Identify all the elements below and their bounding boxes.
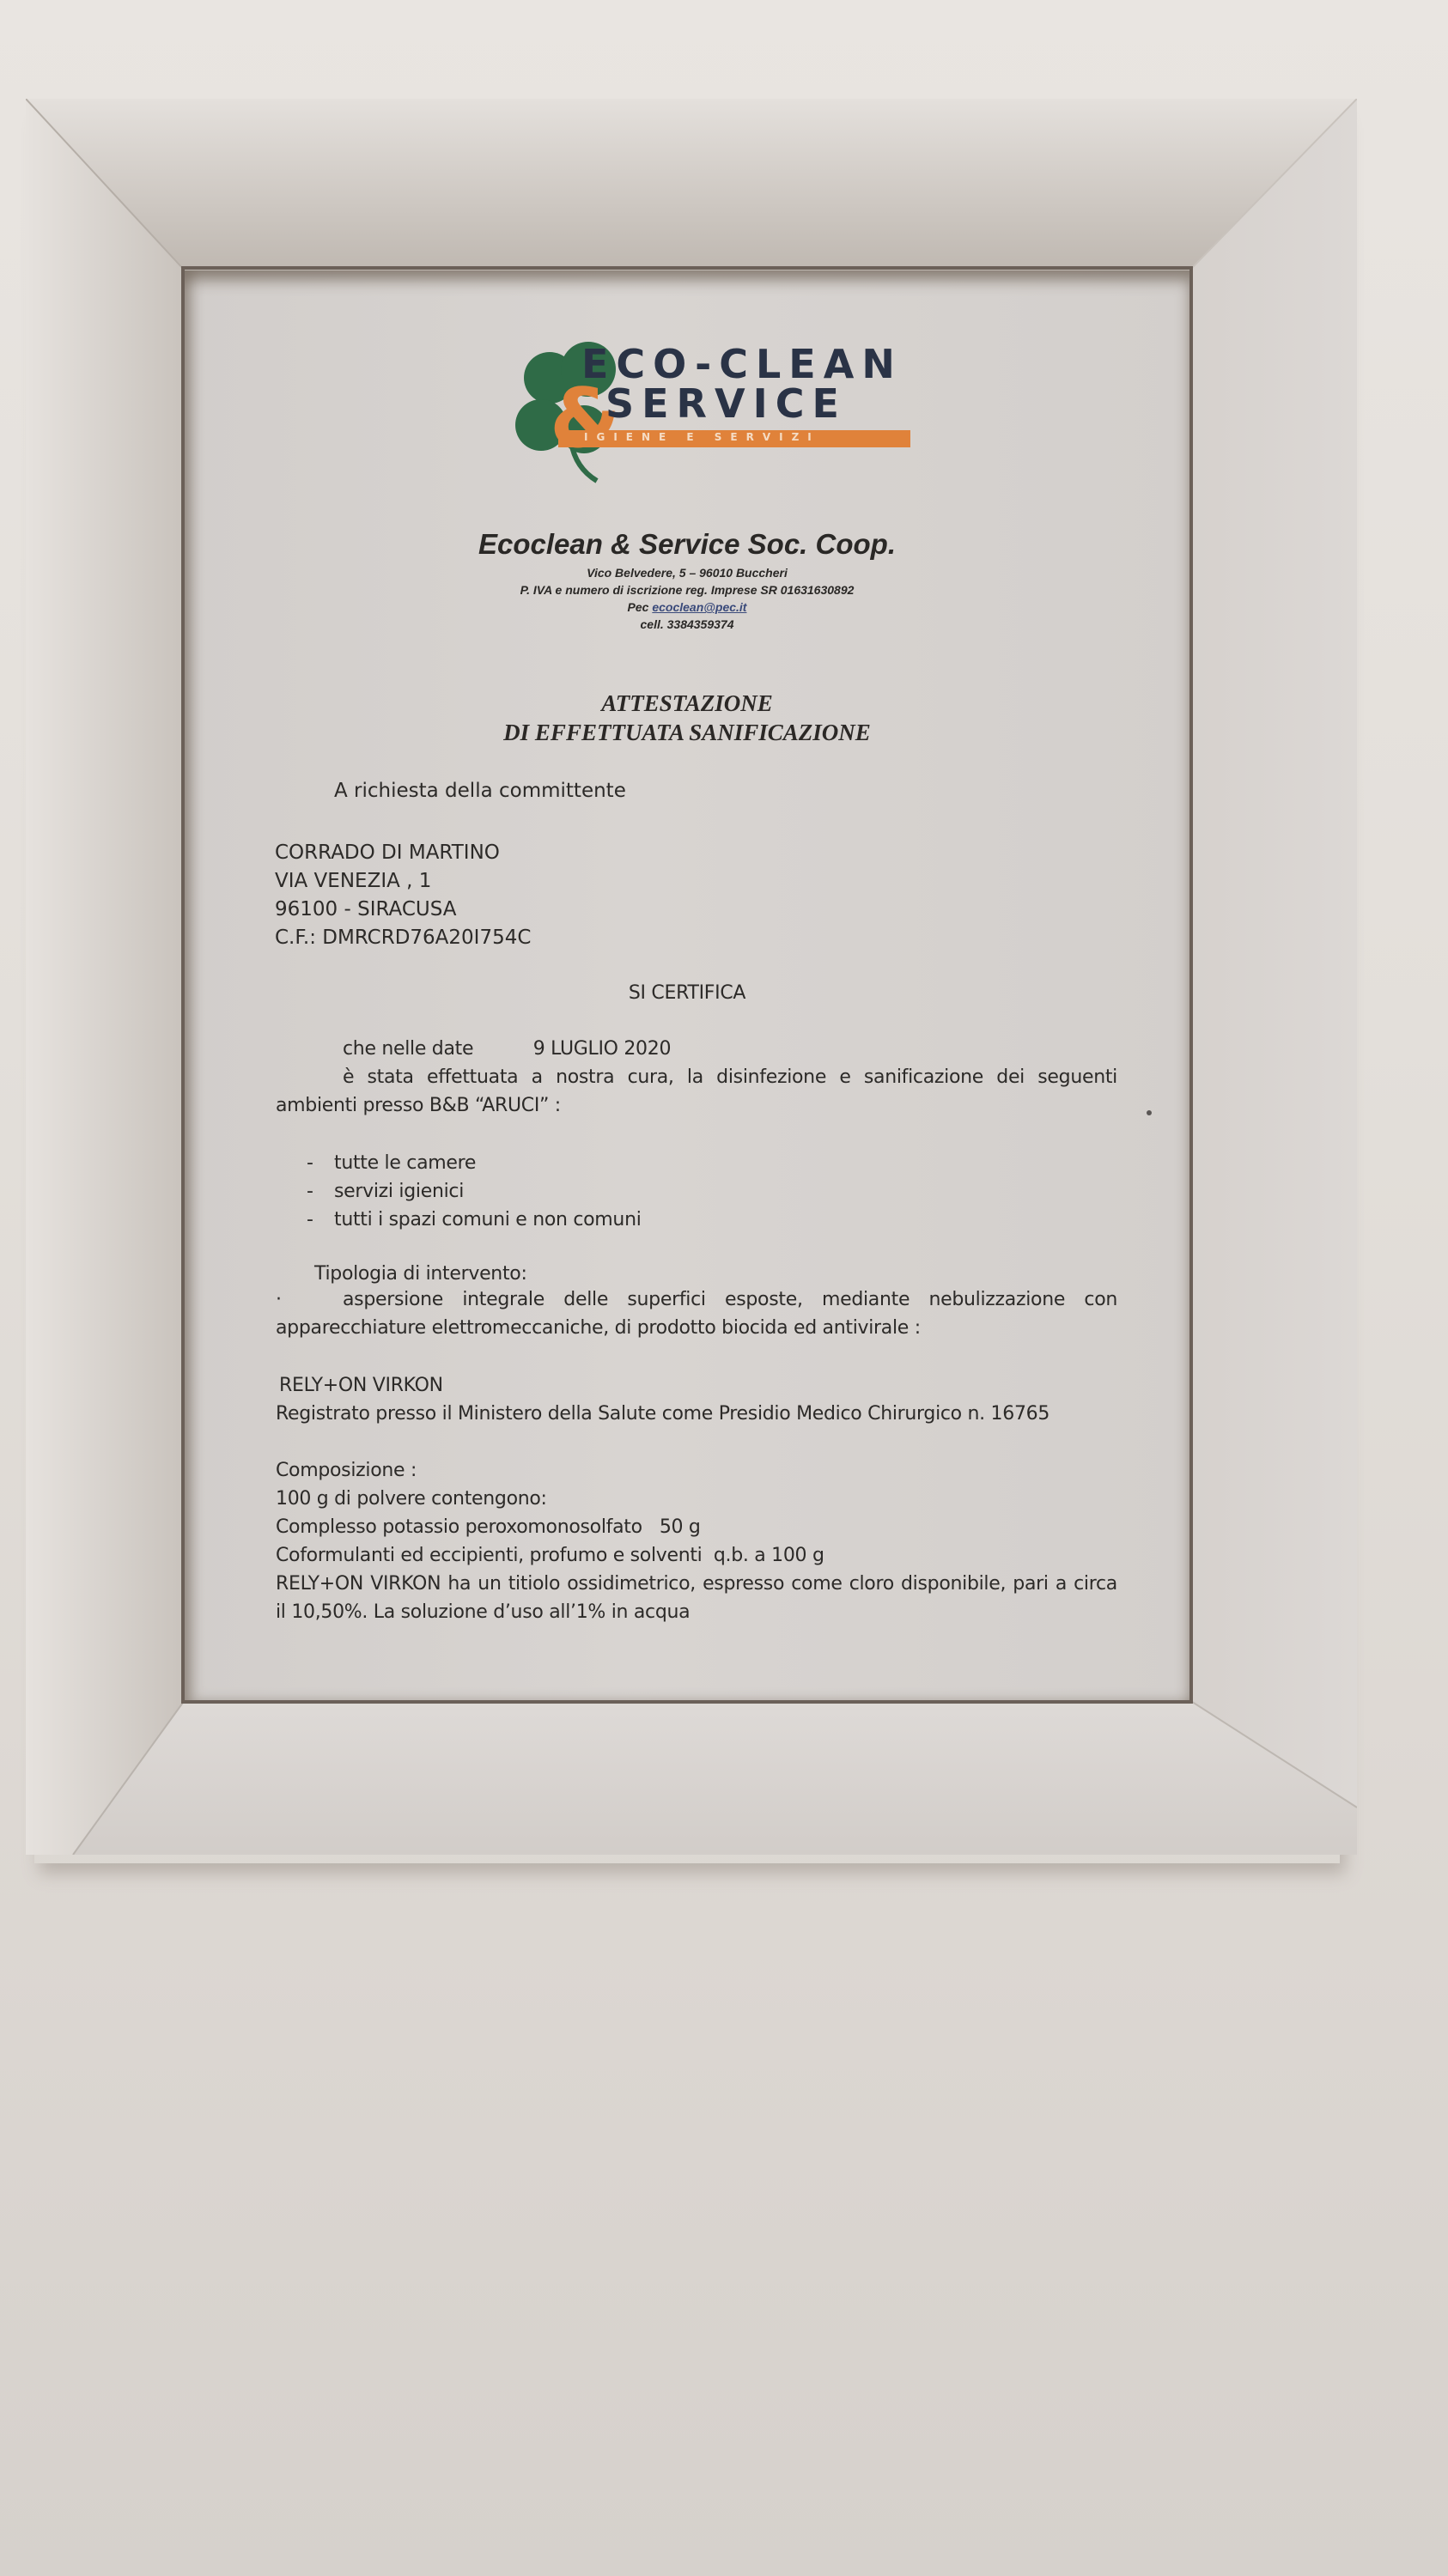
registration: Registrato presso il Ministero della Sal…: [276, 1400, 1117, 1428]
request-text: A richiesta della committente: [276, 777, 1117, 805]
company-name: Ecoclean & Service Soc. Coop.: [185, 528, 1189, 561]
client-block: CORRADO DI MARTINO VIA VENEZIA , 1 96100…: [275, 839, 1116, 952]
document-title: ATTESTAZIONE DI EFFETTUATA SANIFICAZIONE: [185, 689, 1189, 747]
company-pec: Pec ecoclean@pec.it: [185, 598, 1189, 616]
list-item: -tutti i spazi comuni e non comuni: [276, 1206, 1117, 1234]
titre-text: RELY+ON VIRKON ha un titiolo ossidimetri…: [276, 1570, 1117, 1626]
title-line-2: DI EFFETTUATA SANIFICAZIONE: [185, 718, 1189, 747]
pec-label: Pec: [628, 600, 649, 614]
title-line-1: ATTESTAZIONE: [185, 689, 1189, 718]
composition-heading: Composizione :: [276, 1456, 1117, 1485]
client-street: VIA VENEZIA , 1: [275, 867, 1116, 896]
company-address: Vico Belvedere, 5 – 96010 Buccheri: [185, 564, 1189, 581]
company-header: Ecoclean & Service Soc. Coop. Vico Belve…: [185, 528, 1189, 633]
date-value: 9 LUGLIO 2020: [533, 1038, 671, 1060]
logo-tagline: IGIENE E SERVIZI: [584, 431, 820, 443]
certifies-heading: SI CERTIFICA: [185, 979, 1189, 1007]
company-phone: cell. 3384359374: [185, 616, 1189, 633]
list-item: -tutte le camere: [276, 1149, 1117, 1177]
client-tax-code: C.F.: DMRCRD76A20I754C: [275, 924, 1116, 952]
intervention-heading: Tipologia di intervento:: [276, 1260, 1117, 1288]
composition-item-1: Complesso potassio peroxomonosolfato 50 …: [276, 1513, 1117, 1541]
certificate-document: & ECO-CLEAN SERVICE IGIENE E SERVIZI Eco…: [185, 270, 1189, 1700]
company-vat: P. IVA e numero di iscrizione reg. Impre…: [185, 581, 1189, 598]
product-name: RELY+ON VIRKON: [276, 1371, 1121, 1400]
statement: è stata effettuata a nostra cura, la dis…: [276, 1063, 1117, 1120]
composition-intro: 100 g di polvere contengono:: [276, 1485, 1117, 1513]
date-label: che nelle date: [276, 1035, 527, 1063]
client-city: 96100 - SIRACUSA: [275, 896, 1116, 924]
request-line: A richiesta della committente: [276, 777, 1117, 805]
client-name: CORRADO DI MARTINO: [275, 839, 1116, 867]
areas-list: -tutte le camere -servizi igienici -tutt…: [276, 1149, 1117, 1234]
statement-text: è stata effettuata a nostra cura, la dis…: [276, 1066, 1117, 1116]
logo-text-service: SERVICE: [605, 380, 847, 427]
composition-item-2: Coformulanti ed eccipienti, profumo e so…: [276, 1541, 1117, 1570]
company-logo: & ECO-CLEAN SERVICE IGIENE E SERVIZI: [502, 339, 915, 485]
date-line: che nelle date 9 LUGLIO 2020: [276, 1035, 1117, 1063]
intervention-text: ·aspersione integrale delle superfici es…: [276, 1285, 1117, 1342]
list-item: -servizi igienici: [276, 1177, 1117, 1206]
stray-mark: [1147, 1110, 1152, 1115]
intervention-description: aspersione integrale delle superfici esp…: [276, 1289, 1117, 1339]
pec-email-link[interactable]: ecoclean@pec.it: [652, 600, 746, 614]
